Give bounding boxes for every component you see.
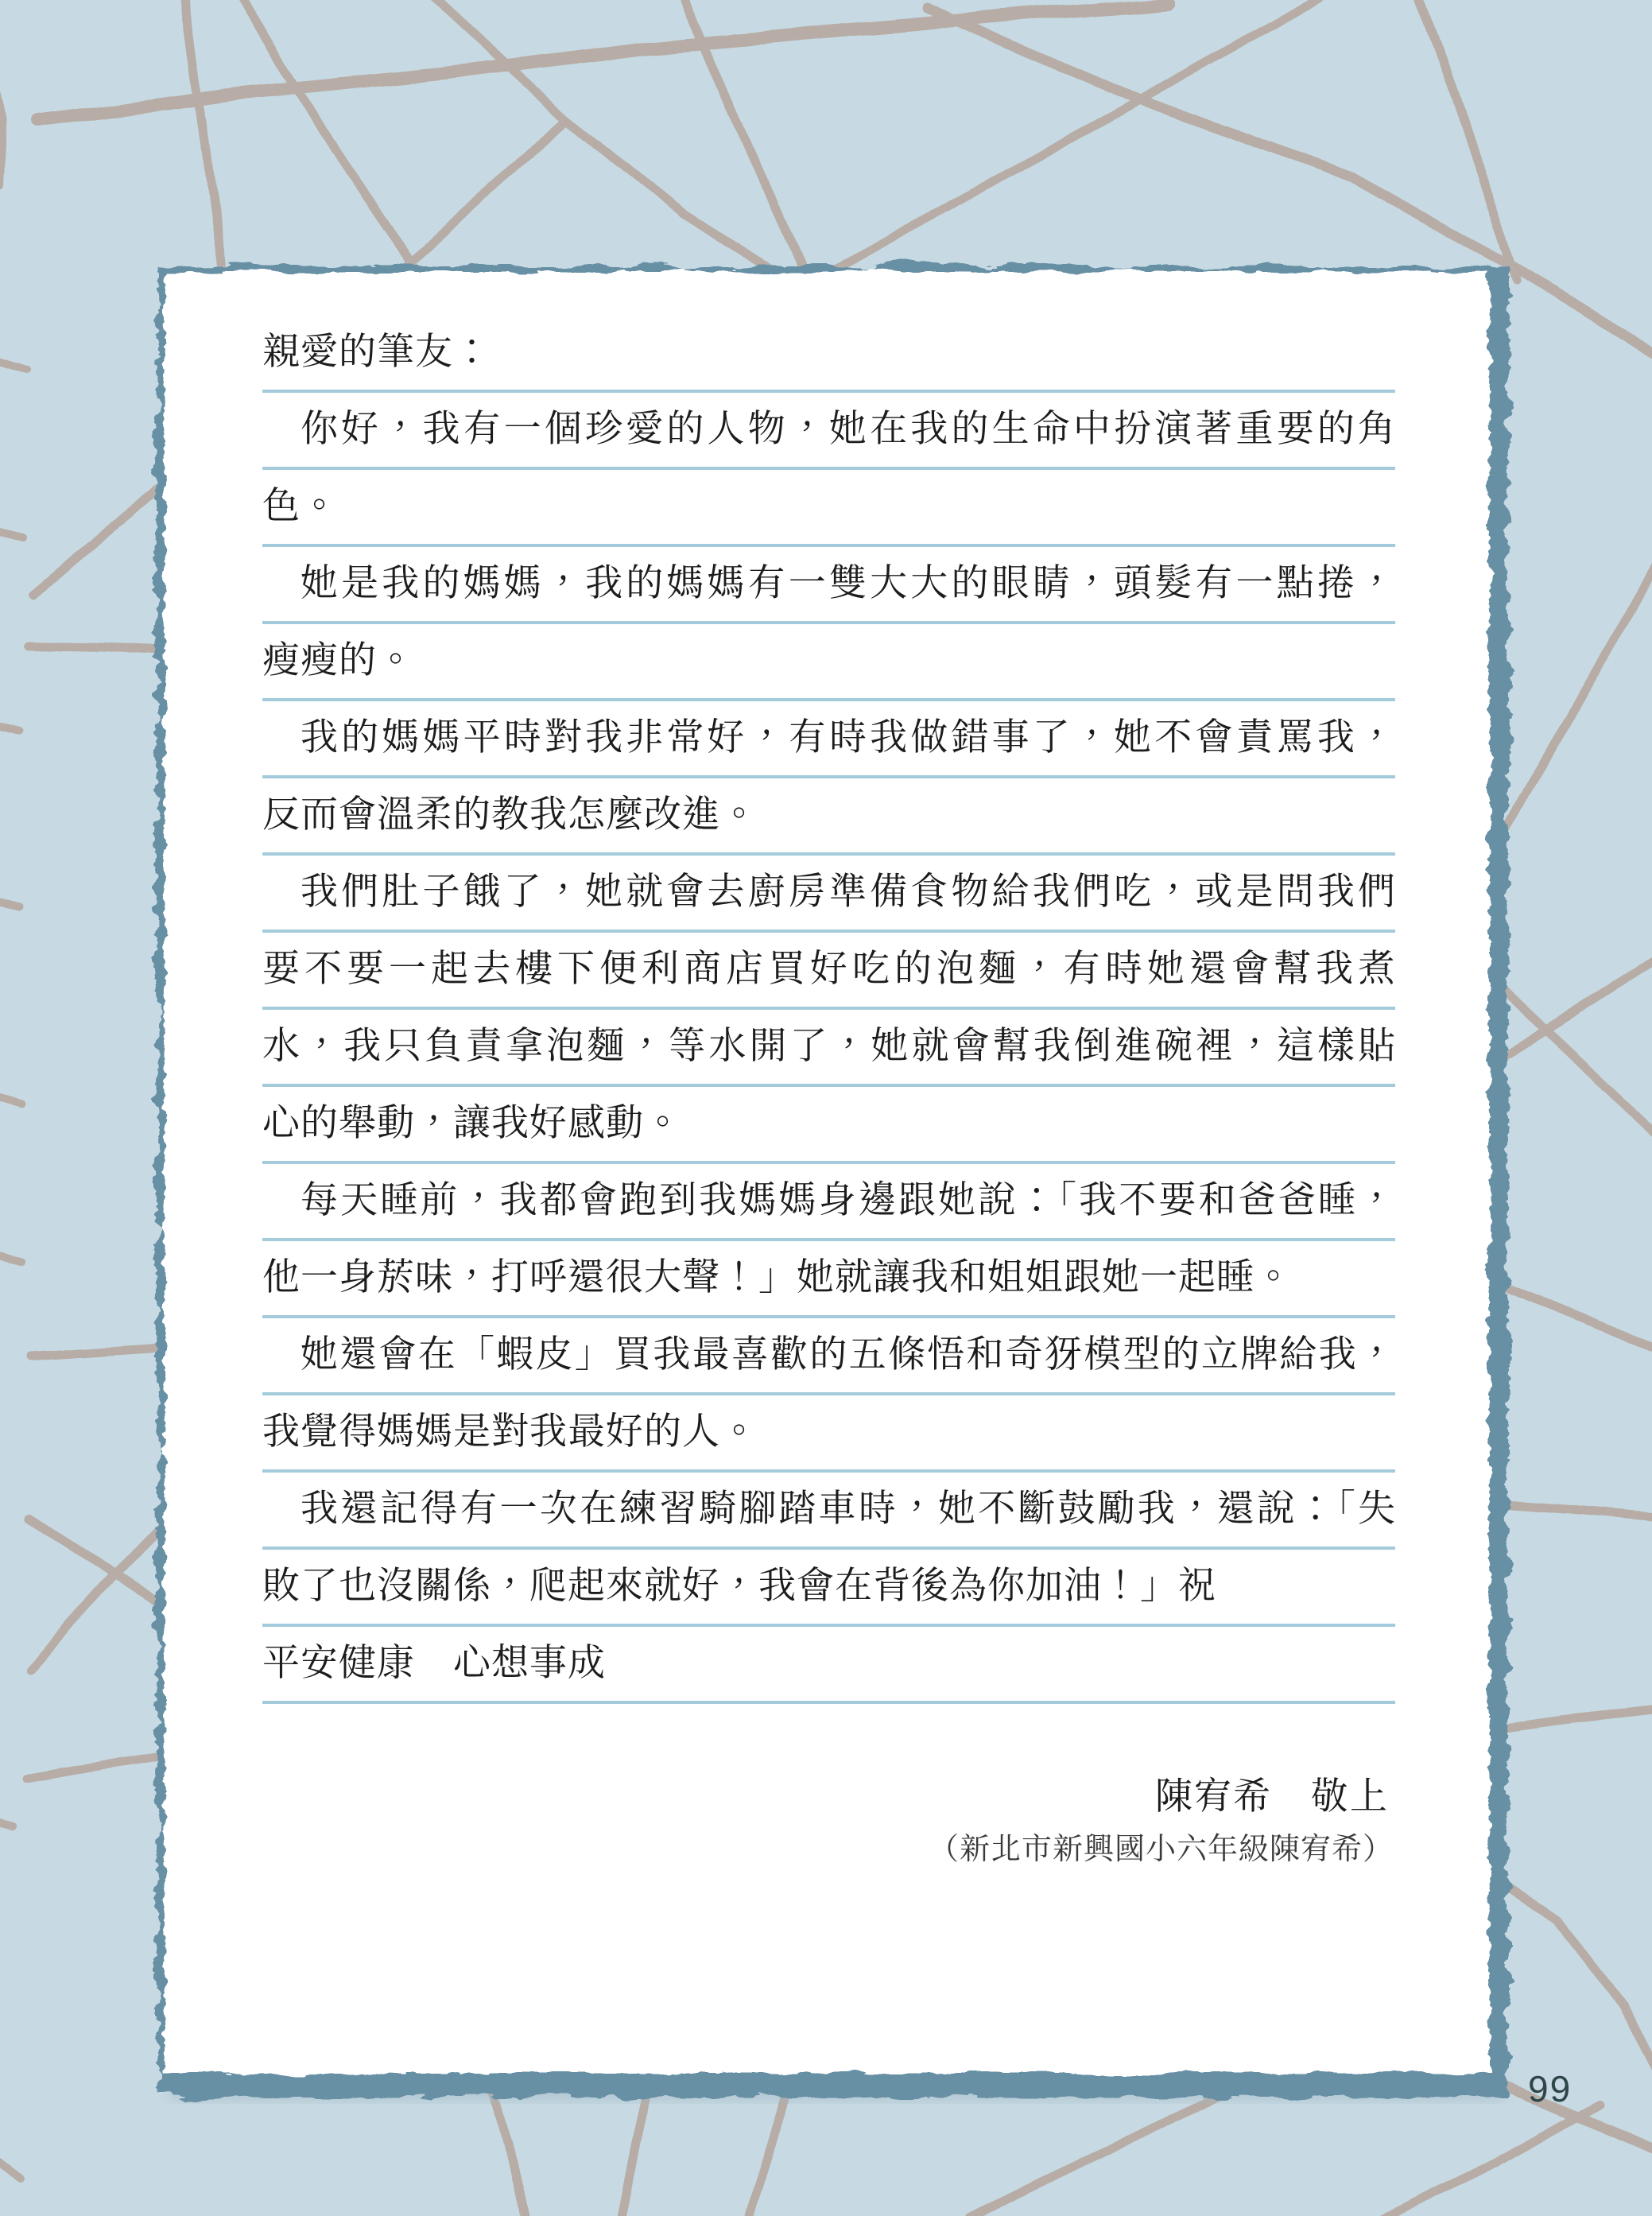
letter-line-text: 水，我只負責拿泡麵，等水開了，她就會幫我倒進碗裡，這樣貼	[262, 1010, 1395, 1084]
letter-line-text: 色。	[262, 470, 1395, 544]
letter-line-text: 要不要一起去樓下便利商店買好吃的泡麵，有時她還會幫我煮	[262, 933, 1395, 1007]
letter-line: 我的媽媽平時對我非常好，有時我做錯事了，她不會責罵我，	[262, 701, 1395, 778]
letter-line-text: 她還會在「蝦皮」買我最喜歡的五條悟和奇犽模型的立牌給我，	[262, 1318, 1395, 1392]
letter-line: 要不要一起去樓下便利商店買好吃的泡麵，有時她還會幫我煮	[262, 933, 1395, 1010]
letter-line-text: 我覺得媽媽是對我最好的人。	[262, 1395, 1395, 1469]
letter-body: 親愛的筆友： 你好，我有一個珍愛的人物，她在我的生命中扮演著重要的角 色。 她是…	[262, 316, 1395, 1704]
book-page: { "page": { "number": "99" }, "letter": …	[0, 0, 1652, 2216]
letter-line-text: 我們肚子餓了，她就會去廚房準備食物給我們吃，或是問我們	[262, 856, 1395, 929]
letter-line: 平安健康 心想事成	[262, 1627, 1395, 1704]
letter-line: 心的舉動，讓我好感動。	[262, 1087, 1395, 1164]
letter-line: 我們肚子餓了，她就會去廚房準備食物給我們吃，或是問我們	[262, 856, 1395, 933]
page-number: 99	[1528, 2067, 1572, 2110]
letter-line: 反而會溫柔的教我怎麼改進。	[262, 778, 1395, 856]
letter-line-text: 敗了也沒關係，爬起來就好，我會在背後為你加油！」祝	[262, 1550, 1395, 1624]
letter-line: 每天睡前，我都會跑到我媽媽身邊跟她說：「我不要和爸爸睡，	[262, 1164, 1395, 1241]
letter-line: 你好，我有一個珍愛的人物，她在我的生命中扮演著重要的角	[262, 393, 1395, 470]
letter-line: 水，我只負責拿泡麵，等水開了，她就會幫我倒進碗裡，這樣貼	[262, 1010, 1395, 1087]
letter-line: 她還會在「蝦皮」買我最喜歡的五條悟和奇犽模型的立牌給我，	[262, 1318, 1395, 1395]
letter-line-text: 瘦瘦的。	[262, 624, 1395, 698]
letter-line: 色。	[262, 470, 1395, 547]
letter-line-text: 平安健康 心想事成	[262, 1627, 1395, 1701]
letter-line: 親愛的筆友：	[262, 316, 1395, 393]
letter-line-text: 我的媽媽平時對我非常好，有時我做錯事了，她不會責罵我，	[262, 701, 1395, 775]
letter-line-text: 他一身菸味，打呼還很大聲！」她就讓我和姐姐跟她一起睡。	[262, 1241, 1395, 1315]
letter-line: 我還記得有一次在練習騎腳踏車時，她不斷鼓勵我，還說：「失	[262, 1473, 1395, 1550]
letter-line: 我覺得媽媽是對我最好的人。	[262, 1395, 1395, 1473]
letter-line: 瘦瘦的。	[262, 624, 1395, 701]
letter-line: 他一身菸味，打呼還很大聲！」她就讓我和姐姐跟她一起睡。	[262, 1241, 1395, 1318]
letter-line-text: 我還記得有一次在練習騎腳踏車時，她不斷鼓勵我，還說：「失	[262, 1473, 1395, 1547]
letter-line: 她是我的媽媽，我的媽媽有一雙大大的眼睛，頭髮有一點捲，	[262, 547, 1395, 624]
signature-school: （新北市新興國小六年級陳宥希）	[262, 1824, 1395, 1868]
letter-line-text: 親愛的筆友：	[262, 316, 1395, 390]
letter-line-text: 她是我的媽媽，我的媽媽有一雙大大的眼睛，頭髮有一點捲，	[262, 547, 1395, 621]
letter-line-text: 心的舉動，讓我好感動。	[262, 1087, 1395, 1161]
letter-line-text: 每天睡前，我都會跑到我媽媽身邊跟她說：「我不要和爸爸睡，	[262, 1164, 1395, 1238]
letter-line: 敗了也沒關係，爬起來就好，我會在背後為你加油！」祝	[262, 1550, 1395, 1627]
letter-line-text: 你好，我有一個珍愛的人物，她在我的生命中扮演著重要的角	[262, 393, 1395, 467]
signature: 陳宥希 敬上	[262, 1767, 1395, 1820]
letter-line-text: 反而會溫柔的教我怎麼改進。	[262, 778, 1395, 852]
